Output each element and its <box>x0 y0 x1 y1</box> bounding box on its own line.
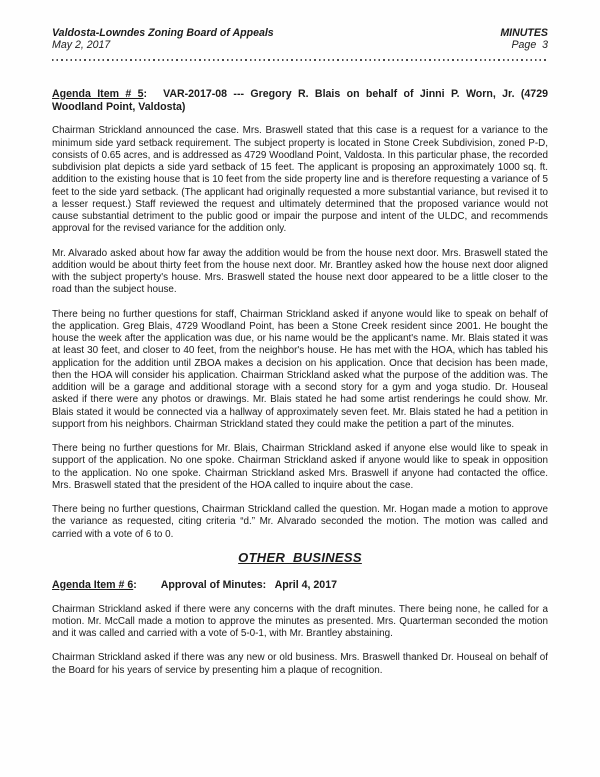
meeting-date: May 2, 2017 <box>52 39 274 51</box>
document-page: Valdosta-Lowndes Zoning Board of Appeals… <box>0 0 600 777</box>
item5-paragraph-5: There being no further questions, Chairm… <box>52 504 548 541</box>
item6-paragraph-1: Chairman Strickland asked if there were … <box>52 604 548 641</box>
header-left: Valdosta-Lowndes Zoning Board of Appeals… <box>52 27 274 52</box>
agenda-item-5-label: Agenda Item # 5 <box>52 88 144 100</box>
agenda-item-6-label: Agenda Item # 6 <box>52 579 133 591</box>
header-right: MINUTES Page 3 <box>500 27 548 52</box>
agenda-item-5-section: Agenda Item # 5:VAR-2017-08 --- Gregory … <box>52 88 548 541</box>
item5-paragraph-2: Mr. Alvarado asked about how far away th… <box>52 248 548 297</box>
item5-paragraph-1: Chairman Strickland announced the case. … <box>52 125 548 235</box>
page-number: Page 3 <box>500 39 548 51</box>
other-business-heading: OTHER BUSINESS <box>52 550 548 565</box>
item5-paragraph-4: There being no further questions for Mr.… <box>52 443 548 492</box>
other-business-heading-text: OTHER BUSINESS <box>238 550 362 565</box>
page-header: Valdosta-Lowndes Zoning Board of Appeals… <box>52 27 548 52</box>
dotted-divider <box>52 59 548 61</box>
doc-title: MINUTES <box>500 27 548 39</box>
agenda-item-6-heading: Agenda Item # 6:Approval of Minutes: Apr… <box>52 579 548 592</box>
item5-paragraph-3: There being no further questions for sta… <box>52 309 548 432</box>
agenda-item-6-section: Agenda Item # 6:Approval of Minutes: Apr… <box>52 579 548 677</box>
item6-paragraph-2: Chairman Strickland asked if there was a… <box>52 652 548 677</box>
org-name: Valdosta-Lowndes Zoning Board of Appeals <box>52 27 274 39</box>
agenda-item-6-title: Approval of Minutes: April 4, 2017 <box>137 579 337 591</box>
agenda-item-5-heading: Agenda Item # 5:VAR-2017-08 --- Gregory … <box>52 88 548 114</box>
